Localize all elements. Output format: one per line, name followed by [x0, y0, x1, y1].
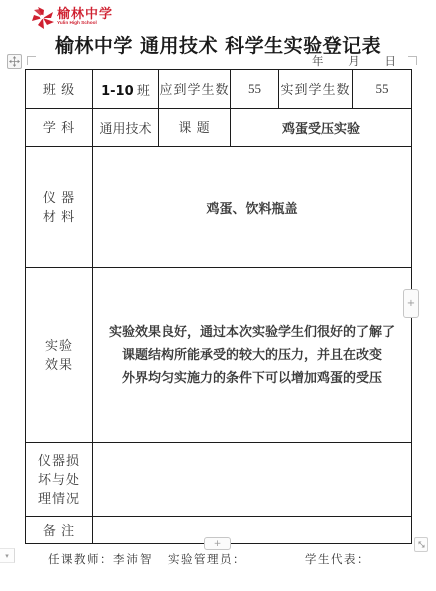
table-row: 班 级 1-10 班 应到学生数 55 实到学生数 55 — [26, 70, 412, 109]
insert-row-plus-icon[interactable]: + — [204, 537, 231, 550]
date-year-label: 年 — [312, 53, 324, 69]
school-logo: 榆林中学 Yulin High School — [31, 6, 134, 30]
notes-value-cell[interactable] — [93, 517, 412, 544]
school-name-en: Yulin High School — [57, 20, 97, 25]
insert-column-plus-icon[interactable]: + — [403, 289, 419, 318]
class-label-cell: 班 级 — [26, 70, 93, 109]
table-row: 仪器损 坏与处 理情况 — [26, 443, 412, 517]
materials-label-cell: 仪 器 材 料 — [26, 147, 93, 268]
expected-students-value-cell[interactable]: 55 — [231, 70, 279, 109]
teacher-name[interactable]: 李沛智 — [113, 551, 154, 567]
student-rep-label: 学生代表： — [305, 551, 370, 567]
school-name-zh: 榆林中学 — [57, 7, 134, 20]
class-value-cell[interactable]: 1-10 班 — [93, 70, 159, 109]
damage-label-cell: 仪器损 坏与处 理情况 — [26, 443, 93, 517]
table-row: 实验 效果 实验效果良好，通过本次实验学生们很好的了解了 课题结构所能承受的较大… — [26, 268, 412, 443]
actual-students-label-cell: 实到学生数 — [279, 70, 353, 109]
class-unit: 班 — [137, 83, 150, 98]
notes-label-cell: 备 注 — [26, 517, 93, 544]
manager-label: 实验管理员： — [168, 551, 246, 567]
date-month-label: 月 — [348, 53, 360, 69]
experiment-form-table: 班 级 1-10 班 应到学生数 55 实到学生数 55 学 科 通用技术 课 … — [25, 69, 412, 544]
table-row: 学 科 通用技术 课 题 鸡蛋受压实验 — [26, 109, 412, 147]
actual-students-value-cell[interactable]: 55 — [353, 70, 412, 109]
teacher-label: 任课教师： — [48, 551, 113, 567]
class-number: 1-10 — [101, 84, 134, 99]
date-line: 年 月 日 — [312, 53, 396, 69]
effect-label-cell: 实验 效果 — [26, 268, 93, 443]
date-day-label: 日 — [385, 53, 397, 69]
table-move-handle-icon[interactable] — [7, 54, 22, 69]
effect-value-cell[interactable]: 实验效果良好，通过本次实验学生们很好的了解了 课题结构所能承受的较大的压力，并且… — [93, 268, 412, 443]
text-boundary-corner-right — [408, 56, 417, 65]
damage-value-cell[interactable] — [93, 443, 412, 517]
text-boundary-corner-left — [27, 56, 36, 65]
expected-students-label-cell: 应到学生数 — [159, 70, 231, 109]
topic-label-cell: 课 题 — [159, 109, 231, 147]
topic-value-cell[interactable]: 鸡蛋受压实验 — [231, 109, 412, 147]
subject-value-cell[interactable]: 通用技术 — [93, 109, 159, 147]
materials-value-cell[interactable]: 鸡蛋、饮料瓶盖 — [93, 147, 412, 268]
subject-label-cell: 学 科 — [26, 109, 93, 147]
table-row: 仪 器 材 料 鸡蛋、饮料瓶盖 — [26, 147, 412, 268]
school-logo-flower-icon — [31, 6, 55, 30]
table-resize-handle-icon[interactable] — [414, 537, 428, 552]
dropdown-marker-icon[interactable]: ▾ — [0, 548, 15, 563]
